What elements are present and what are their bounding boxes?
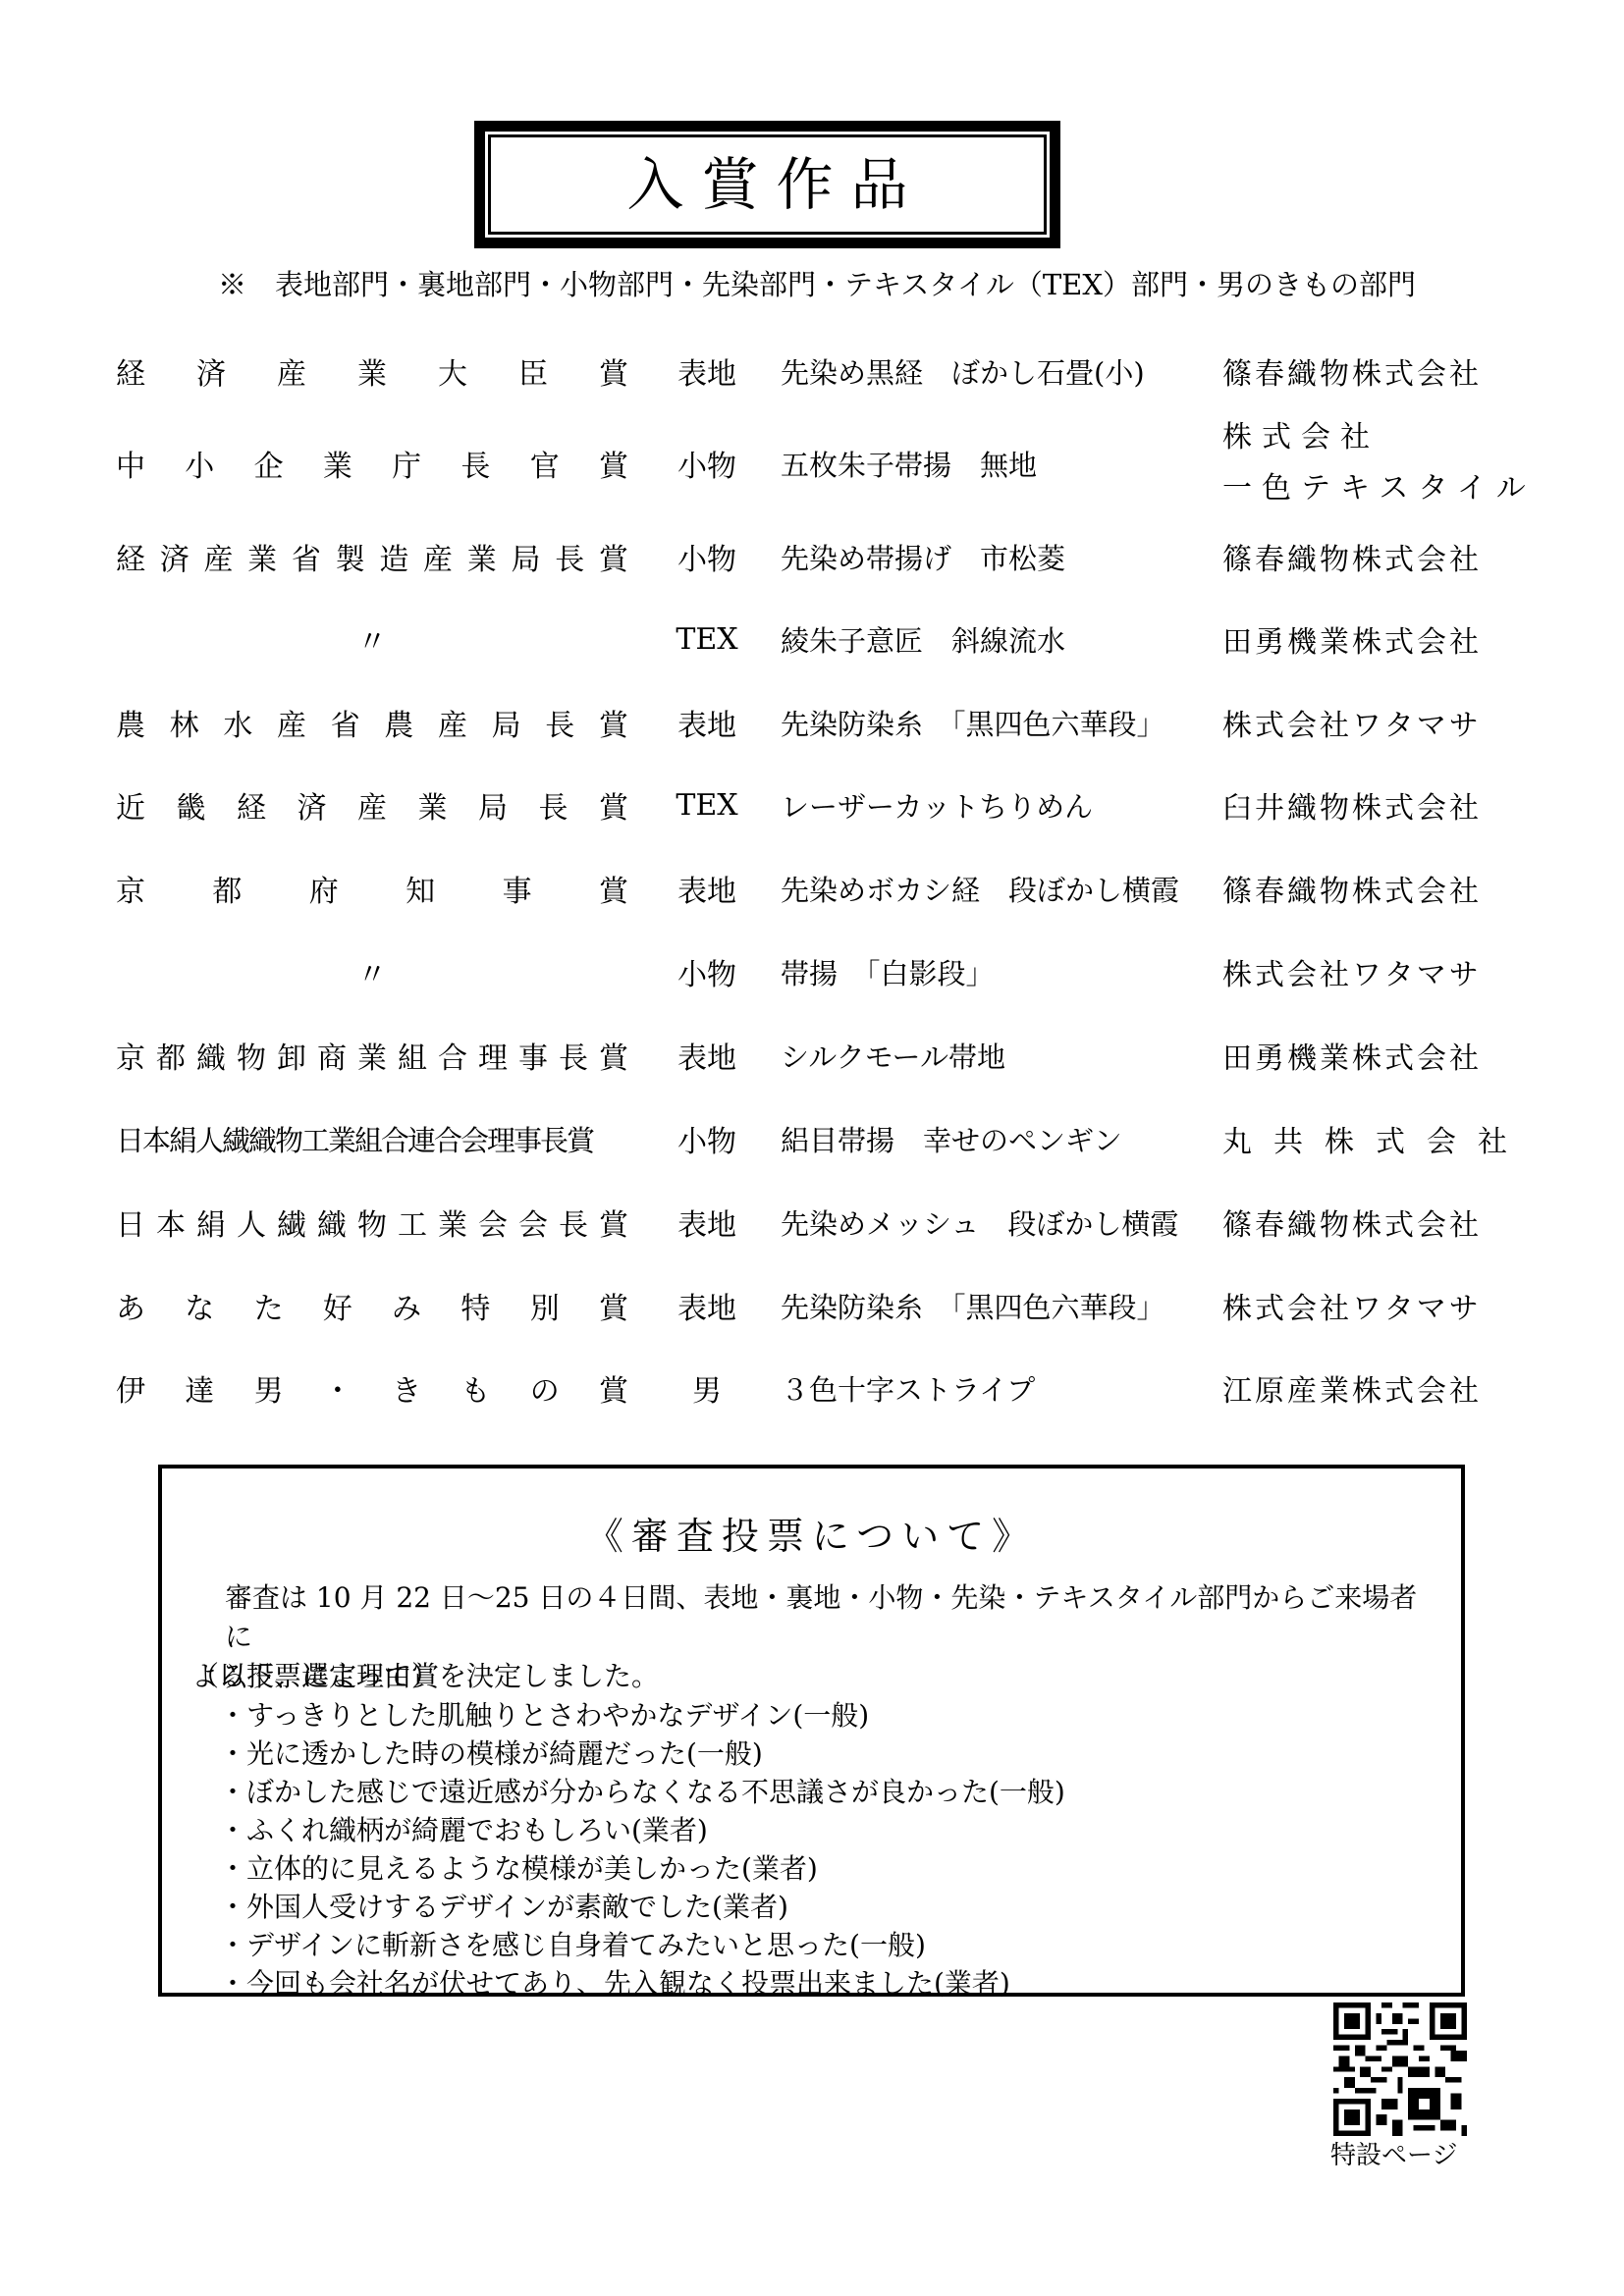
category: 小物 — [668, 527, 746, 586]
category: TEX — [668, 775, 746, 834]
award-char: 賞 — [599, 1201, 628, 1244]
company-line: 田勇機業株式会社 — [1222, 617, 1482, 661]
award-char: 水 — [223, 701, 252, 744]
award-char: 業 — [357, 349, 387, 393]
award-char: 男 — [254, 1366, 284, 1410]
product-name: 綾朱子意匠 斜線流水 — [781, 610, 1065, 668]
award-name: 日本絹人繊織物工業組合連合会理事長賞 — [116, 1109, 628, 1168]
company-name: 株式会社ワタマサ — [1222, 942, 1482, 1001]
award-char: 事 — [518, 1034, 548, 1077]
award-char: 企 — [254, 442, 284, 485]
award-char: 局 — [478, 783, 508, 827]
product-name: 先染防染糸 「黒四色六華段」 — [781, 693, 1165, 752]
product-name: レーザーカットちりめん — [781, 775, 1093, 834]
award-char: 賞 — [599, 535, 628, 578]
reasons-list: ・すっきりとした肌触りとさわやかなデザイン(一般) ・光に透かした時の模様が綺麗… — [219, 1696, 1065, 2002]
category: 小物 — [668, 434, 746, 493]
company-line: 臼井織物株式会社 — [1222, 783, 1482, 827]
reasons-heading: （以下、選定理由） — [191, 1657, 439, 1696]
award-row: 経済産業大臣賞表地先染め黒経 ぼかし石畳(小)篠春織物株式会社 — [0, 342, 1624, 400]
award-char: 府 — [309, 867, 339, 910]
award-char: 産 — [423, 535, 453, 578]
award-char: 工 — [398, 1201, 427, 1244]
award-name: 経済産業大臣賞 — [116, 342, 628, 400]
category: 小物 — [668, 1109, 746, 1168]
award-name: 伊達男・きもの賞 — [116, 1359, 628, 1417]
award-char: 業 — [247, 535, 277, 578]
reason-item: ・外国人受けするデザインが素敵でした(業者) — [219, 1888, 1065, 1926]
award-char: 物 — [357, 1201, 387, 1244]
award-char: 産 — [277, 701, 306, 744]
company-name: 篠春織物株式会社 — [1222, 342, 1482, 400]
award-row: 中小企業庁長官賞小物五枚朱子帯揚 無地株式会社一色テキスタイル — [0, 434, 1624, 493]
award-char: 省 — [331, 701, 360, 744]
company-line: 篠春織物株式会社 — [1222, 867, 1482, 910]
award-char: 業 — [323, 442, 352, 485]
company-name: 丸共株式会社 — [1222, 1109, 1529, 1168]
award-char: 物 — [237, 1034, 266, 1077]
product-name: 先染め帯揚げ 市松菱 — [781, 527, 1065, 586]
award-char: 畿 — [177, 783, 206, 827]
company-line: 篠春織物株式会社 — [1222, 349, 1482, 393]
award-row: 京都府知事賞表地先染めボカシ経 段ぼかし横霞篠春織物株式会社 — [0, 859, 1624, 918]
award-char: の — [530, 1366, 560, 1410]
category: 表地 — [668, 342, 746, 400]
award-char: な — [185, 1284, 214, 1327]
page-title: 入賞作品 — [609, 156, 925, 213]
award-row: あなた好み特別賞表地先染防染糸 「黒四色六華段」株式会社ワタマサ — [0, 1276, 1624, 1335]
category: 表地 — [668, 1026, 746, 1085]
company-name: 株式会社一色テキスタイル — [1222, 414, 1536, 512]
award-row: 経済産業省製造産業局長賞小物先染め帯揚げ 市松菱篠春織物株式会社 — [0, 527, 1624, 586]
award-char: 都 — [156, 1034, 186, 1077]
award-char: 賞 — [599, 442, 628, 485]
product-name: 先染め黒経 ぼかし石畳(小) — [781, 342, 1145, 400]
award-char: 賞 — [599, 1284, 628, 1327]
award-char: 済 — [298, 783, 327, 827]
product-name: ３色十字ストライプ — [781, 1359, 1035, 1417]
award-char: も — [460, 1366, 490, 1410]
award-char: 産 — [438, 701, 467, 744]
award-row: 日本絹人繊織物工業組合連合会理事長賞小物絽目帯揚 幸せのペンギン丸共株式会社 — [0, 1109, 1624, 1168]
reason-item: ・今回も会社名が伏せてあり、先入観なく投票出来ました(業者) — [219, 1964, 1065, 2002]
award-name: 〃 — [116, 610, 628, 668]
award-char: 京 — [116, 1034, 145, 1077]
title-box-inner: 入賞作品 — [488, 134, 1047, 235]
award-char: ・ — [323, 1366, 352, 1410]
company-name: 篠春織物株式会社 — [1222, 1193, 1482, 1252]
award-char: 長 — [559, 1201, 588, 1244]
title-box: 入賞作品 — [474, 121, 1060, 248]
company-line: 篠春織物株式会社 — [1222, 1201, 1482, 1244]
award-char: 〃 — [357, 950, 387, 993]
product-name: 先染めボカシ経 段ぼかし横霞 — [781, 859, 1179, 918]
product-name: 絽目帯揚 幸せのペンギン — [781, 1109, 1122, 1168]
award-char: 好 — [323, 1284, 352, 1327]
award-char: 業 — [357, 1034, 387, 1077]
award-char: 人 — [237, 1201, 266, 1244]
company-line: 株式会社ワタマサ — [1222, 701, 1482, 744]
company-line: 株式会社ワタマサ — [1222, 1284, 1482, 1327]
award-char: 業 — [467, 535, 497, 578]
award-char: 省 — [292, 535, 321, 578]
company-line: 株式会社 — [1222, 412, 1380, 463]
category: 表地 — [668, 1276, 746, 1335]
company-name: 臼井織物株式会社 — [1222, 775, 1482, 834]
award-char: 知 — [406, 867, 435, 910]
award-char: 賞 — [599, 783, 628, 827]
award-char: 特 — [460, 1284, 490, 1327]
company-line: 篠春織物株式会社 — [1222, 535, 1482, 578]
company-name: 篠春織物株式会社 — [1222, 859, 1482, 918]
award-char: 官 — [530, 442, 560, 485]
reason-item: ・光に透かした時の模様が綺麗だった(一般) — [219, 1735, 1065, 1773]
award-char: 達 — [185, 1366, 214, 1410]
award-char: 〃 — [357, 617, 387, 661]
award-name: 日本絹人繊織物工業会会長賞 — [116, 1193, 628, 1252]
award-char: 庁 — [392, 442, 421, 485]
product-name: 五枚朱子帯揚 無地 — [781, 434, 1037, 493]
award-char: 長 — [545, 701, 574, 744]
award-char: み — [392, 1284, 421, 1327]
award-char: 長 — [555, 535, 584, 578]
award-char: 賞 — [599, 1366, 628, 1410]
category: 小物 — [668, 942, 746, 1001]
company-line: 一色テキスタイル — [1222, 463, 1536, 514]
award-char: あ — [116, 1284, 145, 1327]
award-char: き — [392, 1366, 421, 1410]
award-char: 経 — [116, 349, 145, 393]
award-char: 長 — [559, 1034, 588, 1077]
reason-item: ・ふくれ織柄が綺麗でおもしろい(業者) — [219, 1811, 1065, 1849]
award-char: 造 — [379, 535, 408, 578]
award-row: 近畿経済産業局長賞TEXレーザーカットちりめん臼井織物株式会社 — [0, 775, 1624, 834]
company-line: 株式会社ワタマサ — [1222, 950, 1482, 993]
award-name: 京都府知事賞 — [116, 859, 628, 918]
company-name: 田勇機業株式会社 — [1222, 610, 1482, 668]
award-char: 組 — [398, 1034, 427, 1077]
award-char: 本 — [156, 1201, 186, 1244]
voting-info-box: 《審査投票について》 審査は 10 月 22 日～25 日の４日間、表地・裏地・… — [158, 1465, 1465, 1997]
award-char: 都 — [212, 867, 242, 910]
award-char: 経 — [116, 535, 145, 578]
category: 表地 — [668, 859, 746, 918]
award-char: 農 — [116, 701, 145, 744]
award-char: 業 — [418, 783, 448, 827]
award-char: 農 — [384, 701, 413, 744]
award-char: 局 — [492, 701, 521, 744]
award-row: 農林水産省農産局長賞表地先染防染糸 「黒四色六華段」株式会社ワタマサ — [0, 693, 1624, 752]
award-char: 伊 — [116, 1366, 145, 1410]
award-char: 小 — [185, 442, 214, 485]
award-char: 長 — [460, 442, 490, 485]
reason-item: ・立体的に見えるような模様が美しかった(業者) — [219, 1849, 1065, 1888]
award-char: 事 — [503, 867, 532, 910]
award-char: 合 — [438, 1034, 467, 1077]
award-char: 会 — [478, 1201, 508, 1244]
award-char: 織 — [317, 1201, 347, 1244]
award-char: 賞 — [599, 1034, 628, 1077]
award-name: 近畿経済産業局長賞 — [116, 775, 628, 834]
award-char: 卸 — [277, 1034, 306, 1077]
voting-intro-line-1: 審査は 10 月 22 日～25 日の４日間、表地・裏地・小物・先染・テキスタイ… — [191, 1578, 1432, 1657]
award-char: 中 — [116, 442, 145, 485]
company-name: 株式会社ワタマサ — [1222, 693, 1482, 752]
category: TEX — [668, 610, 746, 668]
reason-item: ・デザインに斬新さを感じ自身着てみたいと思った(一般) — [219, 1926, 1065, 1964]
award-char: 大 — [438, 349, 467, 393]
award-char: 京 — [116, 867, 145, 910]
product-name: 先染防染糸 「黒四色六華段」 — [781, 1276, 1165, 1335]
award-char: 絹 — [196, 1201, 226, 1244]
award-char: 臣 — [518, 349, 548, 393]
award-char: 済 — [196, 349, 226, 393]
company-line: 江原産業株式会社 — [1222, 1366, 1482, 1410]
product-name: 先染めメッシュ 段ぼかし横霞 — [781, 1193, 1178, 1252]
category: 表地 — [668, 1193, 746, 1252]
award-char: 産 — [203, 535, 233, 578]
category: 男 — [668, 1359, 746, 1417]
reason-item: ・ぼかした感じで遠近感が分からなくなる不思議さが良かった(一般) — [219, 1773, 1065, 1811]
award-row: 〃小物帯揚 「白影段」株式会社ワタマサ — [0, 942, 1624, 1001]
award-char: 理 — [478, 1034, 508, 1077]
company-name: 田勇機業株式会社 — [1222, 1026, 1482, 1085]
award-char: 繊 — [277, 1201, 306, 1244]
award-name: あなた好み特別賞 — [116, 1276, 628, 1335]
product-name: 帯揚 「白影段」 — [781, 942, 995, 1001]
award-char: 会 — [518, 1201, 548, 1244]
award-name: 経済産業省製造産業局長賞 — [116, 527, 628, 586]
award-name: 京都織物卸商業組合理事長賞 — [116, 1026, 628, 1085]
award-char: 日 — [116, 1201, 145, 1244]
award-char: 織 — [196, 1034, 226, 1077]
award-char: 賞 — [599, 867, 628, 910]
reason-item: ・すっきりとした肌触りとさわやかなデザイン(一般) — [219, 1696, 1065, 1735]
award-char: 長 — [539, 783, 568, 827]
award-name: 中小企業庁長官賞 — [116, 434, 628, 493]
award-char: た — [254, 1284, 284, 1327]
category: 表地 — [668, 693, 746, 752]
award-name: 農林水産省農産局長賞 — [116, 693, 628, 752]
award-char: 商 — [317, 1034, 347, 1077]
company-line: 田勇機業株式会社 — [1222, 1034, 1482, 1077]
award-char: 製 — [336, 535, 365, 578]
award-row: 伊達男・きもの賞男３色十字ストライプ江原産業株式会社 — [0, 1359, 1624, 1417]
award-char: 産 — [277, 349, 306, 393]
award-char: 賞 — [599, 349, 628, 393]
voting-title: 《審査投票について》 — [162, 1506, 1461, 1560]
company-name: 篠春織物株式会社 — [1222, 527, 1482, 586]
product-name: シルクモール帯地 — [781, 1026, 1005, 1085]
award-char: 済 — [160, 535, 189, 578]
award-char: 近 — [116, 783, 145, 827]
award-char: 日本絹人繊織物工業組合連合会理事長賞 — [116, 1119, 593, 1159]
award-char: 別 — [530, 1284, 560, 1327]
award-char: 産 — [357, 783, 387, 827]
company-line: 丸共株式会社 — [1222, 1117, 1529, 1160]
qr-code-icon[interactable] — [1333, 2002, 1467, 2136]
award-char: 賞 — [599, 701, 628, 744]
category-note: ※ 表地部門・裏地部門・小物部門・先染部門・テキスタイル（TEX）部門・男のきも… — [218, 263, 1416, 303]
award-row: 日本絹人繊織物工業会会長賞表地先染めメッシュ 段ぼかし横霞篠春織物株式会社 — [0, 1193, 1624, 1252]
award-name: 〃 — [116, 942, 628, 1001]
award-row: 〃TEX綾朱子意匠 斜線流水田勇機業株式会社 — [0, 610, 1624, 668]
award-char: 業 — [438, 1201, 467, 1244]
company-name: 株式会社ワタマサ — [1222, 1276, 1482, 1335]
company-name: 江原産業株式会社 — [1222, 1359, 1482, 1417]
qr-label: 特設ページ — [1330, 2135, 1457, 2171]
award-char: 局 — [511, 535, 540, 578]
award-char: 林 — [170, 701, 199, 744]
award-char: 経 — [237, 783, 266, 827]
award-row: 京都織物卸商業組合理事長賞表地シルクモール帯地田勇機業株式会社 — [0, 1026, 1624, 1085]
